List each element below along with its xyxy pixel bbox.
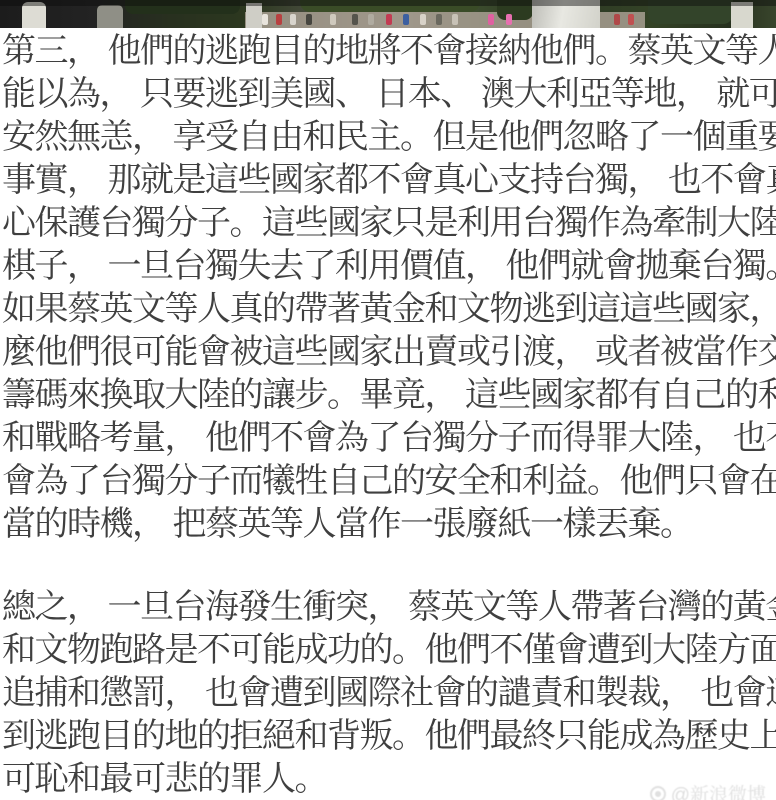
stone-pillar (246, 3, 262, 28)
crowd-figure (352, 14, 358, 25)
crowd-figure (330, 14, 336, 25)
crowd-figure (488, 14, 494, 25)
text-line: 和戰略考量， 他們不會為了台獨分子而得罪大陸， 也不 (2, 417, 776, 460)
text-line: 如果蔡英文等人真的帶著黃金和文物逃到這這些國家， 那 (2, 288, 776, 331)
text-line: 能以為， 只要逃到美國、 日本、 澳大利亞等地， 就可以 (2, 73, 776, 116)
paragraph-1: 第三， 他們的逃跑目的地將不會接納他們。蔡英文等人可 能以為， 只要逃到美國、 … (2, 30, 776, 546)
crowd-figure (436, 14, 442, 25)
crowd-figure (262, 14, 268, 25)
text-line: 和文物跑路是不可能成功的。他們不僅會遭到大陸方面的 (2, 629, 776, 672)
crowd-figure (276, 14, 282, 25)
crowd-figure (420, 14, 426, 25)
text-line: 第三， 他們的逃跑目的地將不會接納他們。蔡英文等人可 (2, 30, 776, 73)
crowd-figure (452, 14, 458, 25)
crowd-figure (290, 14, 296, 25)
tree-canopy-shadow (0, 0, 776, 6)
text-line: 當的時機， 把蔡英等人當作一張廢紙一樣丟棄。 (2, 503, 776, 546)
crowd-figure (306, 14, 312, 25)
text-line: 麼他們很可能會被這些國家出賣或引渡， 或者被當作交換 (2, 331, 776, 374)
article-body: 第三， 他們的逃跑目的地將不會接納他們。蔡英文等人可 能以為， 只要逃到美國、 … (2, 30, 776, 800)
watermark: @新浪微博 (650, 780, 766, 800)
header-photo-strip (0, 0, 776, 28)
gray-statue (97, 5, 123, 28)
crowd-figure (614, 14, 620, 25)
post-screenshot: 第三， 他們的逃跑目的地將不會接納他們。蔡英文等人可 能以為， 只要逃到美國、 … (0, 0, 776, 800)
text-line: 追捕和懲罰， 也會遭到國際社會的譴責和製裁， 也會遭 (2, 672, 776, 715)
text-line: 安然無恙， 享受自由和民主。但是他們忽略了一個重要的 (2, 116, 776, 159)
watermark-text: @新浪微博 (671, 780, 766, 800)
text-line: 棋子， 一旦台獨失去了利用價值， 他們就會拋棄台獨。 (2, 245, 776, 288)
crowd-figure (368, 14, 374, 25)
text-line: 會為了台獨分子而犧牲自己的安全和利益。他們只會在適 (2, 460, 776, 503)
crowd-figure (506, 14, 512, 25)
crowd-figure (628, 14, 634, 25)
text-line: 總之， 一旦台海發生衝突， 蔡英文等人帶著台灣的黃金 (2, 586, 776, 629)
weibo-logo-icon (650, 786, 666, 800)
text-line: 籌碼來換取大陸的讓步。畢竟， 這些國家都有自己的利益 (2, 374, 776, 417)
text-line: 事實， 那就是這些國家都不會真心支持台獨， 也不會真 (2, 159, 776, 202)
text-line: 到逃跑目的地的拒絕和背叛。他們最終只能成為歷史上最 (2, 715, 776, 758)
paragraph-2: 總之， 一旦台海發生衝突， 蔡英文等人帶著台灣的黃金 和文物跑路是不可能成功的。… (2, 586, 776, 800)
crowd-figure (386, 14, 392, 25)
text-line: 心保護台獨分子。這些國家只是利用台獨作為牽制大陸的 (2, 202, 776, 245)
crowd-figure (403, 14, 409, 25)
